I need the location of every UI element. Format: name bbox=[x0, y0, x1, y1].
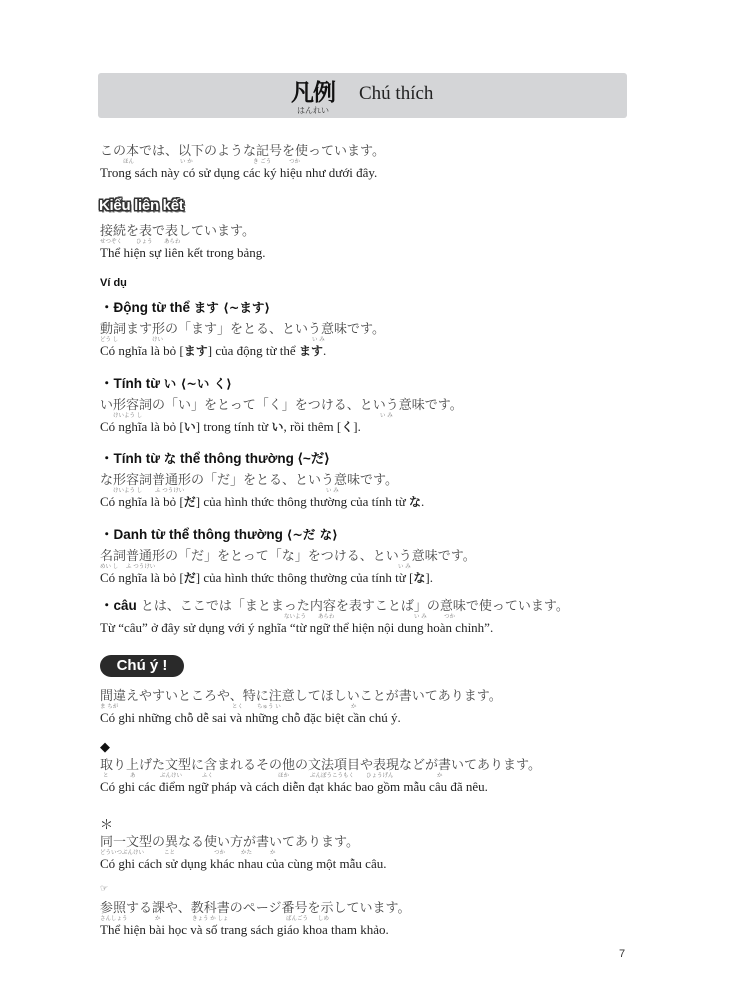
note-jp: 同一文型の異なる使い方が書いてあります。 bbox=[100, 835, 386, 850]
chu-y-section: 間違えやすいところや、特に注意してほしいことが書いてあります。 ま ちがとくちゅ… bbox=[100, 689, 502, 726]
furigana: と bbox=[103, 773, 109, 779]
furigana: かた bbox=[241, 850, 252, 856]
furigana: ま ちが bbox=[100, 704, 118, 710]
example-jp: 名詞普通形の「だ」をとって「な」をつける、という意味です。 bbox=[100, 549, 476, 564]
example-item: ・Danh từ thể thông thường ⟨~だ な⟩ 名詞普通形の「… bbox=[100, 523, 476, 586]
cau-term: ・câu bbox=[100, 598, 137, 613]
heading-jp: い bbox=[164, 376, 177, 391]
furigana: どういつぶんけい bbox=[100, 850, 144, 856]
cau-jp: とは、ここでは「まとまった内容を表すことば」の意味で使っています。 bbox=[137, 599, 569, 614]
kieu-lien-ket-label: Kiểu liên kết bbox=[99, 197, 183, 214]
example-ruby: けいよう しふ つうけいい み bbox=[100, 488, 424, 494]
furigana: か bbox=[155, 916, 161, 922]
furigana: さんしょう bbox=[100, 916, 128, 922]
note-ruby: とあぶんけいふくほかぶんぽうこうもくひょうげんか bbox=[100, 773, 541, 779]
furigana: きょう か しょ bbox=[192, 916, 229, 922]
furigana: とく bbox=[232, 704, 243, 710]
example-vi: Có nghĩa là bỏ [だ] của hình thức thông t… bbox=[100, 570, 476, 586]
text-segment: . bbox=[421, 494, 424, 509]
text-segment: ] của hình thức thông thường của tính từ bbox=[196, 494, 409, 509]
chu-y-vi: Có ghi những chỗ dễ sai và những chỗ đặc… bbox=[100, 710, 502, 726]
title-vietnamese: Chú thích bbox=[359, 83, 433, 105]
furigana: い み bbox=[398, 564, 411, 570]
example-ruby: けいよう しい み bbox=[100, 413, 463, 419]
furigana: ばんごう bbox=[286, 916, 308, 922]
furigana: ひょう bbox=[136, 239, 153, 245]
chu-y-ruby: ま ちがとくちゅう いか bbox=[100, 704, 502, 710]
text-segment: , rồi thêm [ bbox=[283, 419, 341, 434]
furigana: か bbox=[351, 704, 357, 710]
furigana: ふ つうけい bbox=[155, 488, 184, 494]
kieu-vi: Thể hiện sự liên kết trong bảng. bbox=[100, 245, 266, 261]
note-diamond: ◆ 取り上げた文型に含まれるその他の文法項目や表現などが書いてあります。 とあぶ… bbox=[100, 740, 541, 795]
chu-y-badge: Chú ý ! bbox=[100, 655, 184, 677]
text-segment: ] của hình thức thông thường của tính từ… bbox=[196, 570, 414, 585]
page-number: 7 bbox=[619, 948, 625, 960]
furigana: ぶんぽうこうもく bbox=[310, 773, 354, 779]
furigana: ないよう bbox=[284, 614, 306, 620]
text-segment: ] trong tính từ bbox=[196, 419, 272, 434]
kana-emphasis: い bbox=[184, 420, 196, 434]
title-reading: はんれい bbox=[290, 106, 336, 115]
kana-emphasis: い bbox=[271, 420, 283, 434]
furigana: ぶんけい bbox=[160, 773, 182, 779]
note-vi: Thể hiện bài học và số trang sách giáo k… bbox=[100, 922, 410, 938]
furigana: つか bbox=[444, 614, 455, 620]
furigana: ほん bbox=[123, 159, 134, 165]
furigana: ちゅう い bbox=[257, 704, 281, 710]
text-segment: Có nghĩa là bỏ [ bbox=[100, 343, 184, 358]
cau-vi: Từ “câu” ở đây sử dụng với ý nghĩa “từ n… bbox=[100, 620, 569, 636]
intro-jp: この本では、以下のような記号を使っています。 bbox=[100, 144, 385, 159]
example-heading: ・Tính từ い ⟨~い く⟩ bbox=[100, 372, 463, 392]
intro-ruby: ほんい かき ごうつか bbox=[100, 159, 385, 165]
kana-emphasis: く bbox=[341, 420, 353, 434]
text-segment: Có nghĩa là bỏ [ bbox=[100, 419, 184, 434]
furigana: つか bbox=[289, 159, 300, 165]
text-segment: ]. bbox=[353, 419, 361, 434]
diamond-icon: ◆ bbox=[100, 740, 541, 755]
furigana: けいよう し bbox=[113, 488, 142, 494]
example-ruby: どう しけいい み bbox=[100, 337, 385, 343]
example-vi: Có nghĩa là bỏ [だ] của hình thức thông t… bbox=[100, 494, 424, 510]
text-segment: Có nghĩa là bỏ [ bbox=[100, 494, 184, 509]
heading-tail: ⟨~だ な⟩ bbox=[287, 527, 338, 542]
intro-section: この本では、以下のような記号を使っています。 ほんい かき ごうつか Trong… bbox=[100, 144, 385, 181]
furigana: か bbox=[270, 850, 276, 856]
furigana: き ごう bbox=[253, 159, 271, 165]
furigana: い み bbox=[414, 614, 427, 620]
kana-emphasis: ます bbox=[184, 344, 208, 358]
kana-emphasis: な bbox=[413, 571, 425, 585]
example-heading: ・Tính từ な thể thông thường ⟨~だ⟩ bbox=[100, 447, 424, 467]
furigana: ほか bbox=[278, 773, 289, 779]
example-item: ・Tính từ い ⟨~い く⟩ い形容詞の「い」をとって「く」をつける、とい… bbox=[100, 372, 463, 435]
furigana: つか bbox=[214, 850, 225, 856]
title-kanji: 凡例 bbox=[290, 80, 336, 106]
furigana: けいよう し bbox=[113, 413, 142, 419]
heading-jp: ます bbox=[194, 300, 219, 315]
furigana: しめ bbox=[318, 916, 329, 922]
note-asterisk: ＊ 同一文型の異なる使い方が書いてあります。 どういつぶんけいことつかかたか C… bbox=[100, 814, 386, 872]
page: 凡例 はんれい Chú thích この本では、以下のような記号を使っています。… bbox=[0, 0, 729, 1005]
note-reference: ☞ 参照する課や、教科書のページ番号を示しています。 さんしょうかきょう か し… bbox=[100, 884, 410, 938]
example-vi: Có nghĩa là bỏ [い] trong tính từ い, rồi … bbox=[100, 419, 463, 435]
text-segment: . bbox=[323, 343, 326, 358]
note-jp: 取り上げた文型に含まれるその他の文法項目や表現などが書いてあります。 bbox=[100, 758, 541, 773]
furigana: どう し bbox=[100, 337, 118, 343]
note-jp: 参照する課や、教科書のページ番号を示しています。 bbox=[100, 901, 410, 916]
text-segment: ]. bbox=[425, 570, 433, 585]
furigana: あ bbox=[130, 773, 136, 779]
kana-emphasis: だ bbox=[184, 571, 196, 585]
furigana: か bbox=[437, 773, 443, 779]
note-ruby: どういつぶんけいことつかかたか bbox=[100, 850, 386, 856]
furigana: い み bbox=[326, 488, 339, 494]
furigana: い み bbox=[312, 337, 325, 343]
note-ruby: さんしょうかきょう か しょばんごうしめ bbox=[100, 916, 410, 922]
cau-ruby: ないようあらわい みつか bbox=[100, 614, 569, 620]
furigana: い み bbox=[380, 413, 393, 419]
furigana: ふく bbox=[202, 773, 213, 779]
furigana: あらわ bbox=[164, 239, 181, 245]
heading-vi: ・Động từ thể bbox=[100, 300, 194, 315]
kana-emphasis: だ bbox=[184, 495, 196, 509]
example-jp: 動詞ます形の「ます」をとる、という意味です。 bbox=[100, 322, 385, 337]
furigana: い か bbox=[180, 159, 193, 165]
heading-vi: ・Tính từ bbox=[100, 451, 164, 466]
kana-emphasis: な bbox=[409, 495, 421, 509]
kieu-lien-ket-section: 接続を表で表しています。 せつぞくひょうあらわ Thể hiện sự liên… bbox=[100, 224, 266, 261]
heading-vi: ・Tính từ bbox=[100, 376, 164, 391]
furigana: あらわ bbox=[318, 614, 335, 620]
intro-vi: Trong sách này có sử dụng các ký hiệu nh… bbox=[100, 165, 385, 181]
example-label: Ví dụ bbox=[100, 277, 127, 289]
example-heading: ・Danh từ thể thông thường ⟨~だ な⟩ bbox=[100, 523, 476, 543]
example-jp: な形容詞普通形の「だ」をとる、という意味です。 bbox=[100, 473, 424, 488]
note-vi: Có ghi các điểm ngữ pháp và cách diễn đạ… bbox=[100, 779, 541, 795]
kieu-jp: 接続を表で表しています。 bbox=[100, 224, 266, 239]
note-vi: Có ghi cách sử dụng khác nhau của cùng m… bbox=[100, 856, 386, 872]
example-item: ・Động từ thể ます ⟨~ます⟩ 動詞ます形の「ます」をとる、という意… bbox=[100, 296, 385, 359]
chu-y-jp: 間違えやすいところや、特に注意してほしいことが書いてあります。 bbox=[100, 689, 502, 704]
example-ruby: めい しふ つうけいい み bbox=[100, 564, 476, 570]
title-japanese: 凡例 はんれい bbox=[290, 80, 336, 115]
text-segment: ] của động từ thể bbox=[208, 343, 299, 358]
cau-line: ・câu とは、ここでは「まとまった内容を表すことば」の意味で使っています。 bbox=[100, 598, 569, 614]
heading-tail: ⟨~い く⟩ bbox=[176, 376, 232, 391]
heading-jp: な bbox=[164, 451, 177, 466]
example-jp: い形容詞の「い」をとって「く」をつける、という意味です。 bbox=[100, 398, 463, 413]
asterisk-icon: ＊ bbox=[100, 814, 386, 833]
furigana: こと bbox=[164, 850, 175, 856]
furigana: めい し bbox=[100, 564, 118, 570]
cau-section: ・câu とは、ここでは「まとまった内容を表すことば」の意味で使っています。 な… bbox=[100, 598, 569, 636]
furigana: けい bbox=[152, 337, 163, 343]
kana-emphasis: ます bbox=[299, 344, 323, 358]
example-heading: ・Động từ thể ます ⟨~ます⟩ bbox=[100, 296, 385, 316]
kieu-ruby: せつぞくひょうあらわ bbox=[100, 239, 266, 245]
furigana: ひょうげん bbox=[366, 773, 394, 779]
heading-vi: ・Danh từ thể thông thường bbox=[100, 527, 287, 542]
furigana: せつぞく bbox=[100, 239, 122, 245]
heading-tail: ⟨~ます⟩ bbox=[219, 300, 270, 315]
example-vi: Có nghĩa là bỏ [ます] của động từ thể ます. bbox=[100, 343, 385, 359]
furigana: ふ つうけい bbox=[126, 564, 155, 570]
pointing-hand-icon: ☞ bbox=[100, 884, 410, 894]
text-segment: Có nghĩa là bỏ [ bbox=[100, 570, 184, 585]
heading-tail: thể thông thường ⟨~だ⟩ bbox=[176, 451, 329, 466]
example-item: ・Tính từ な thể thông thường ⟨~だ⟩ な形容詞普通形… bbox=[100, 447, 424, 510]
